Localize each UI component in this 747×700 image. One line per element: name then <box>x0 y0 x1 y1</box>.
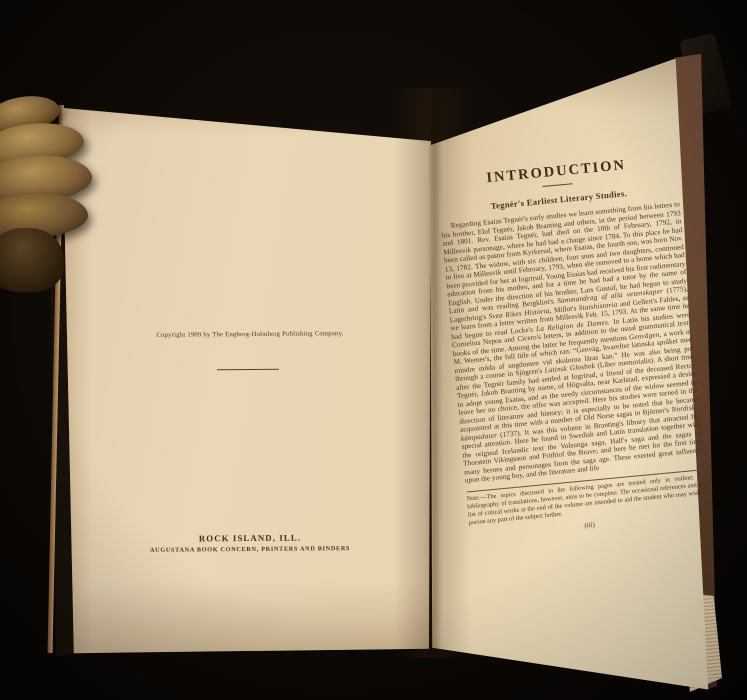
title-rule <box>543 183 573 187</box>
book-photo: Copyright 1909 by The Engberg-Holmberg P… <box>0 0 747 700</box>
imprint-city: ROCK ISLAND, ILL. <box>100 532 400 545</box>
body-text: Regarding Esaias Tegnér's early studies … <box>441 200 705 485</box>
left-page <box>46 96 438 660</box>
imprint-block: ROCK ISLAND, ILL. AUGUSTANA BOOK CONCERN… <box>100 532 400 555</box>
ornament-stem <box>0 228 64 292</box>
right-page-text: INTRODUCTION Tegnér's Earliest Literary … <box>436 152 709 540</box>
